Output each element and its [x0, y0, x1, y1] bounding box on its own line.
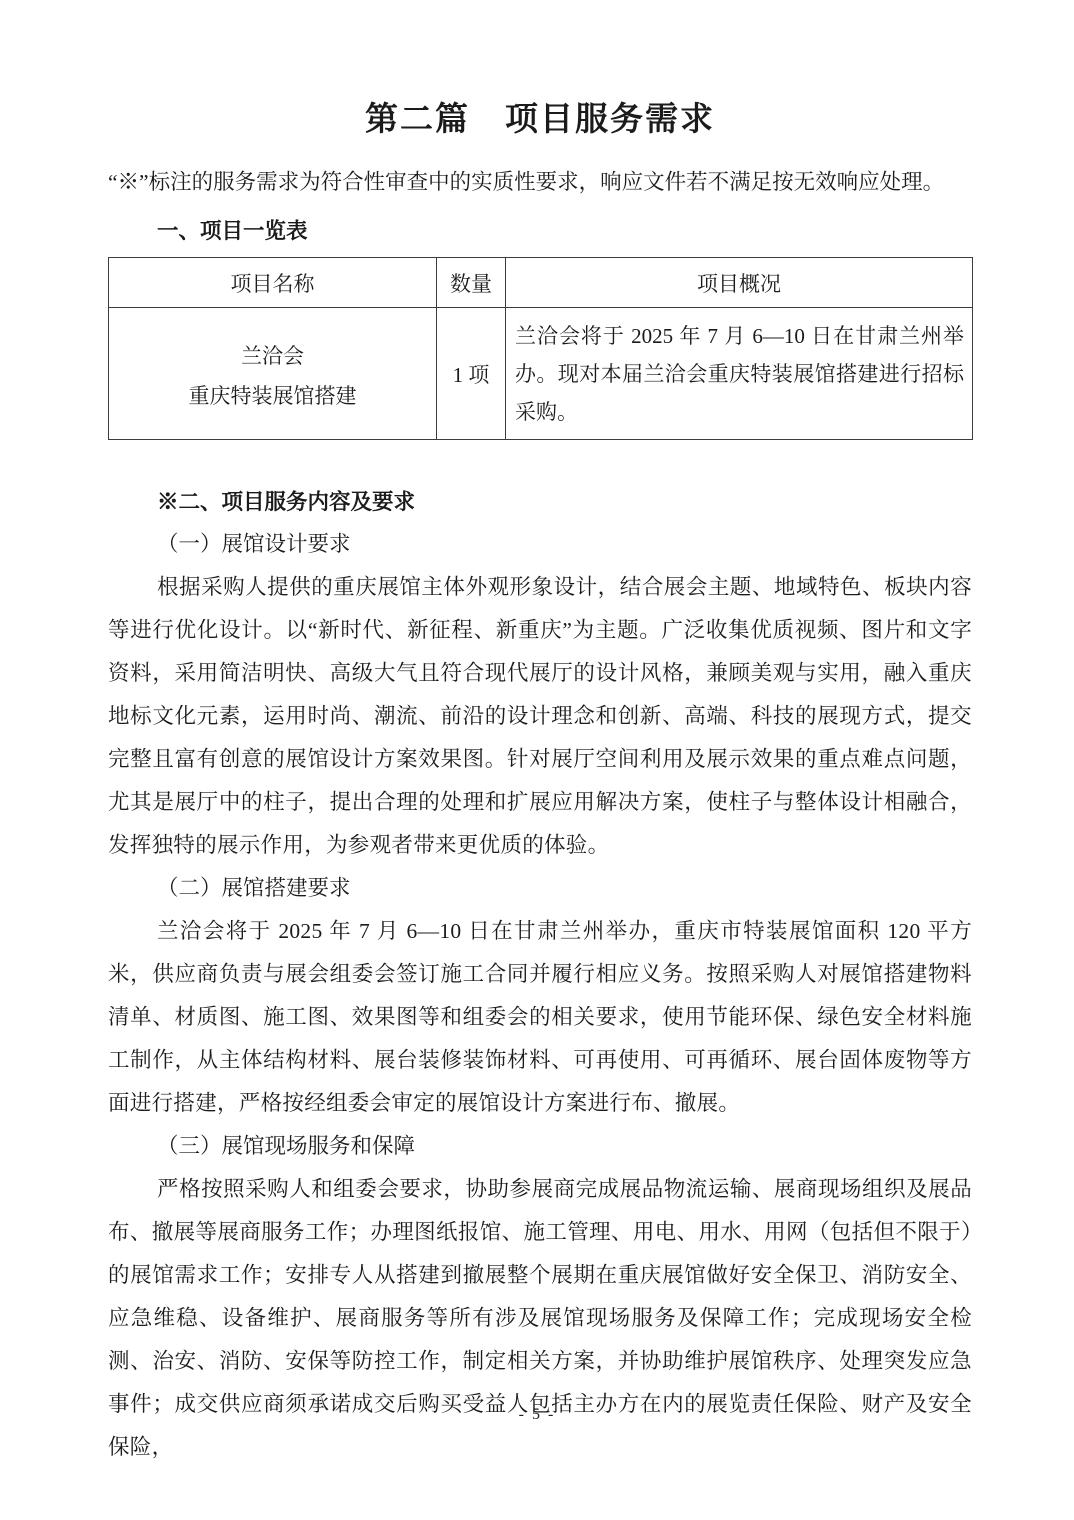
- table-header-overview: 项目概况: [506, 258, 973, 308]
- table-row: 兰洽会 重庆特装展馆搭建 1 项 兰洽会将于 2025 年 7 月 6—10 日…: [109, 308, 973, 440]
- project-name-line1: 兰洽会: [109, 336, 436, 376]
- subsection-construction: （二）展馆搭建要求 兰洽会将于 2025 年 7 月 6—10 日在甘肃兰州举办…: [108, 867, 972, 1125]
- document-page: 第二篇 项目服务需求 “※”标注的服务需求为符合性审查中的实质性要求，响应文件若…: [0, 0, 1074, 1520]
- project-name-line2: 重庆特装展馆搭建: [109, 376, 436, 416]
- subsection-construction-body: 兰洽会将于 2025 年 7 月 6—10 日在甘肃兰州举办，重庆市特装展馆面积…: [108, 910, 972, 1125]
- project-overview-table: 项目名称 数量 项目概况 兰洽会 重庆特装展馆搭建 1 项 兰洽会将于 2025…: [108, 257, 973, 440]
- subsection-design-heading: （一）展馆设计要求: [108, 523, 972, 566]
- page-number: - 5 -: [0, 1406, 1074, 1424]
- subsection-design: （一）展馆设计要求 根据采购人提供的重庆展馆主体外观形象设计，结合展会主题、地域…: [108, 523, 972, 867]
- project-quantity-cell: 1 项: [437, 308, 506, 440]
- table-header-row: 项目名称 数量 项目概况: [109, 258, 973, 308]
- compliance-note: “※”标注的服务需求为符合性审查中的实质性要求，响应文件若不满足按无效响应处理。: [108, 166, 972, 198]
- project-name-cell: 兰洽会 重庆特装展馆搭建: [109, 308, 437, 440]
- document-content: 第二篇 项目服务需求 “※”标注的服务需求为符合性审查中的实质性要求，响应文件若…: [0, 0, 1074, 1469]
- table-header-quantity: 数量: [437, 258, 506, 308]
- section-one-heading: 一、项目一览表: [108, 215, 972, 247]
- table-header-project-name: 项目名称: [109, 258, 437, 308]
- subsection-onsite-service-heading: （三）展馆现场服务和保障: [108, 1125, 972, 1168]
- subsection-design-body: 根据采购人提供的重庆展馆主体外观形象设计，结合展会主题、地域特色、板块内容等进行…: [108, 566, 972, 867]
- subsection-construction-heading: （二）展馆搭建要求: [108, 867, 972, 910]
- section-two-heading: ※二、项目服务内容及要求: [108, 486, 972, 518]
- page-title: 第二篇 项目服务需求: [108, 100, 972, 140]
- project-overview-cell: 兰洽会将于 2025 年 7 月 6—10 日在甘肃兰州举办。现对本届兰洽会重庆…: [506, 308, 973, 440]
